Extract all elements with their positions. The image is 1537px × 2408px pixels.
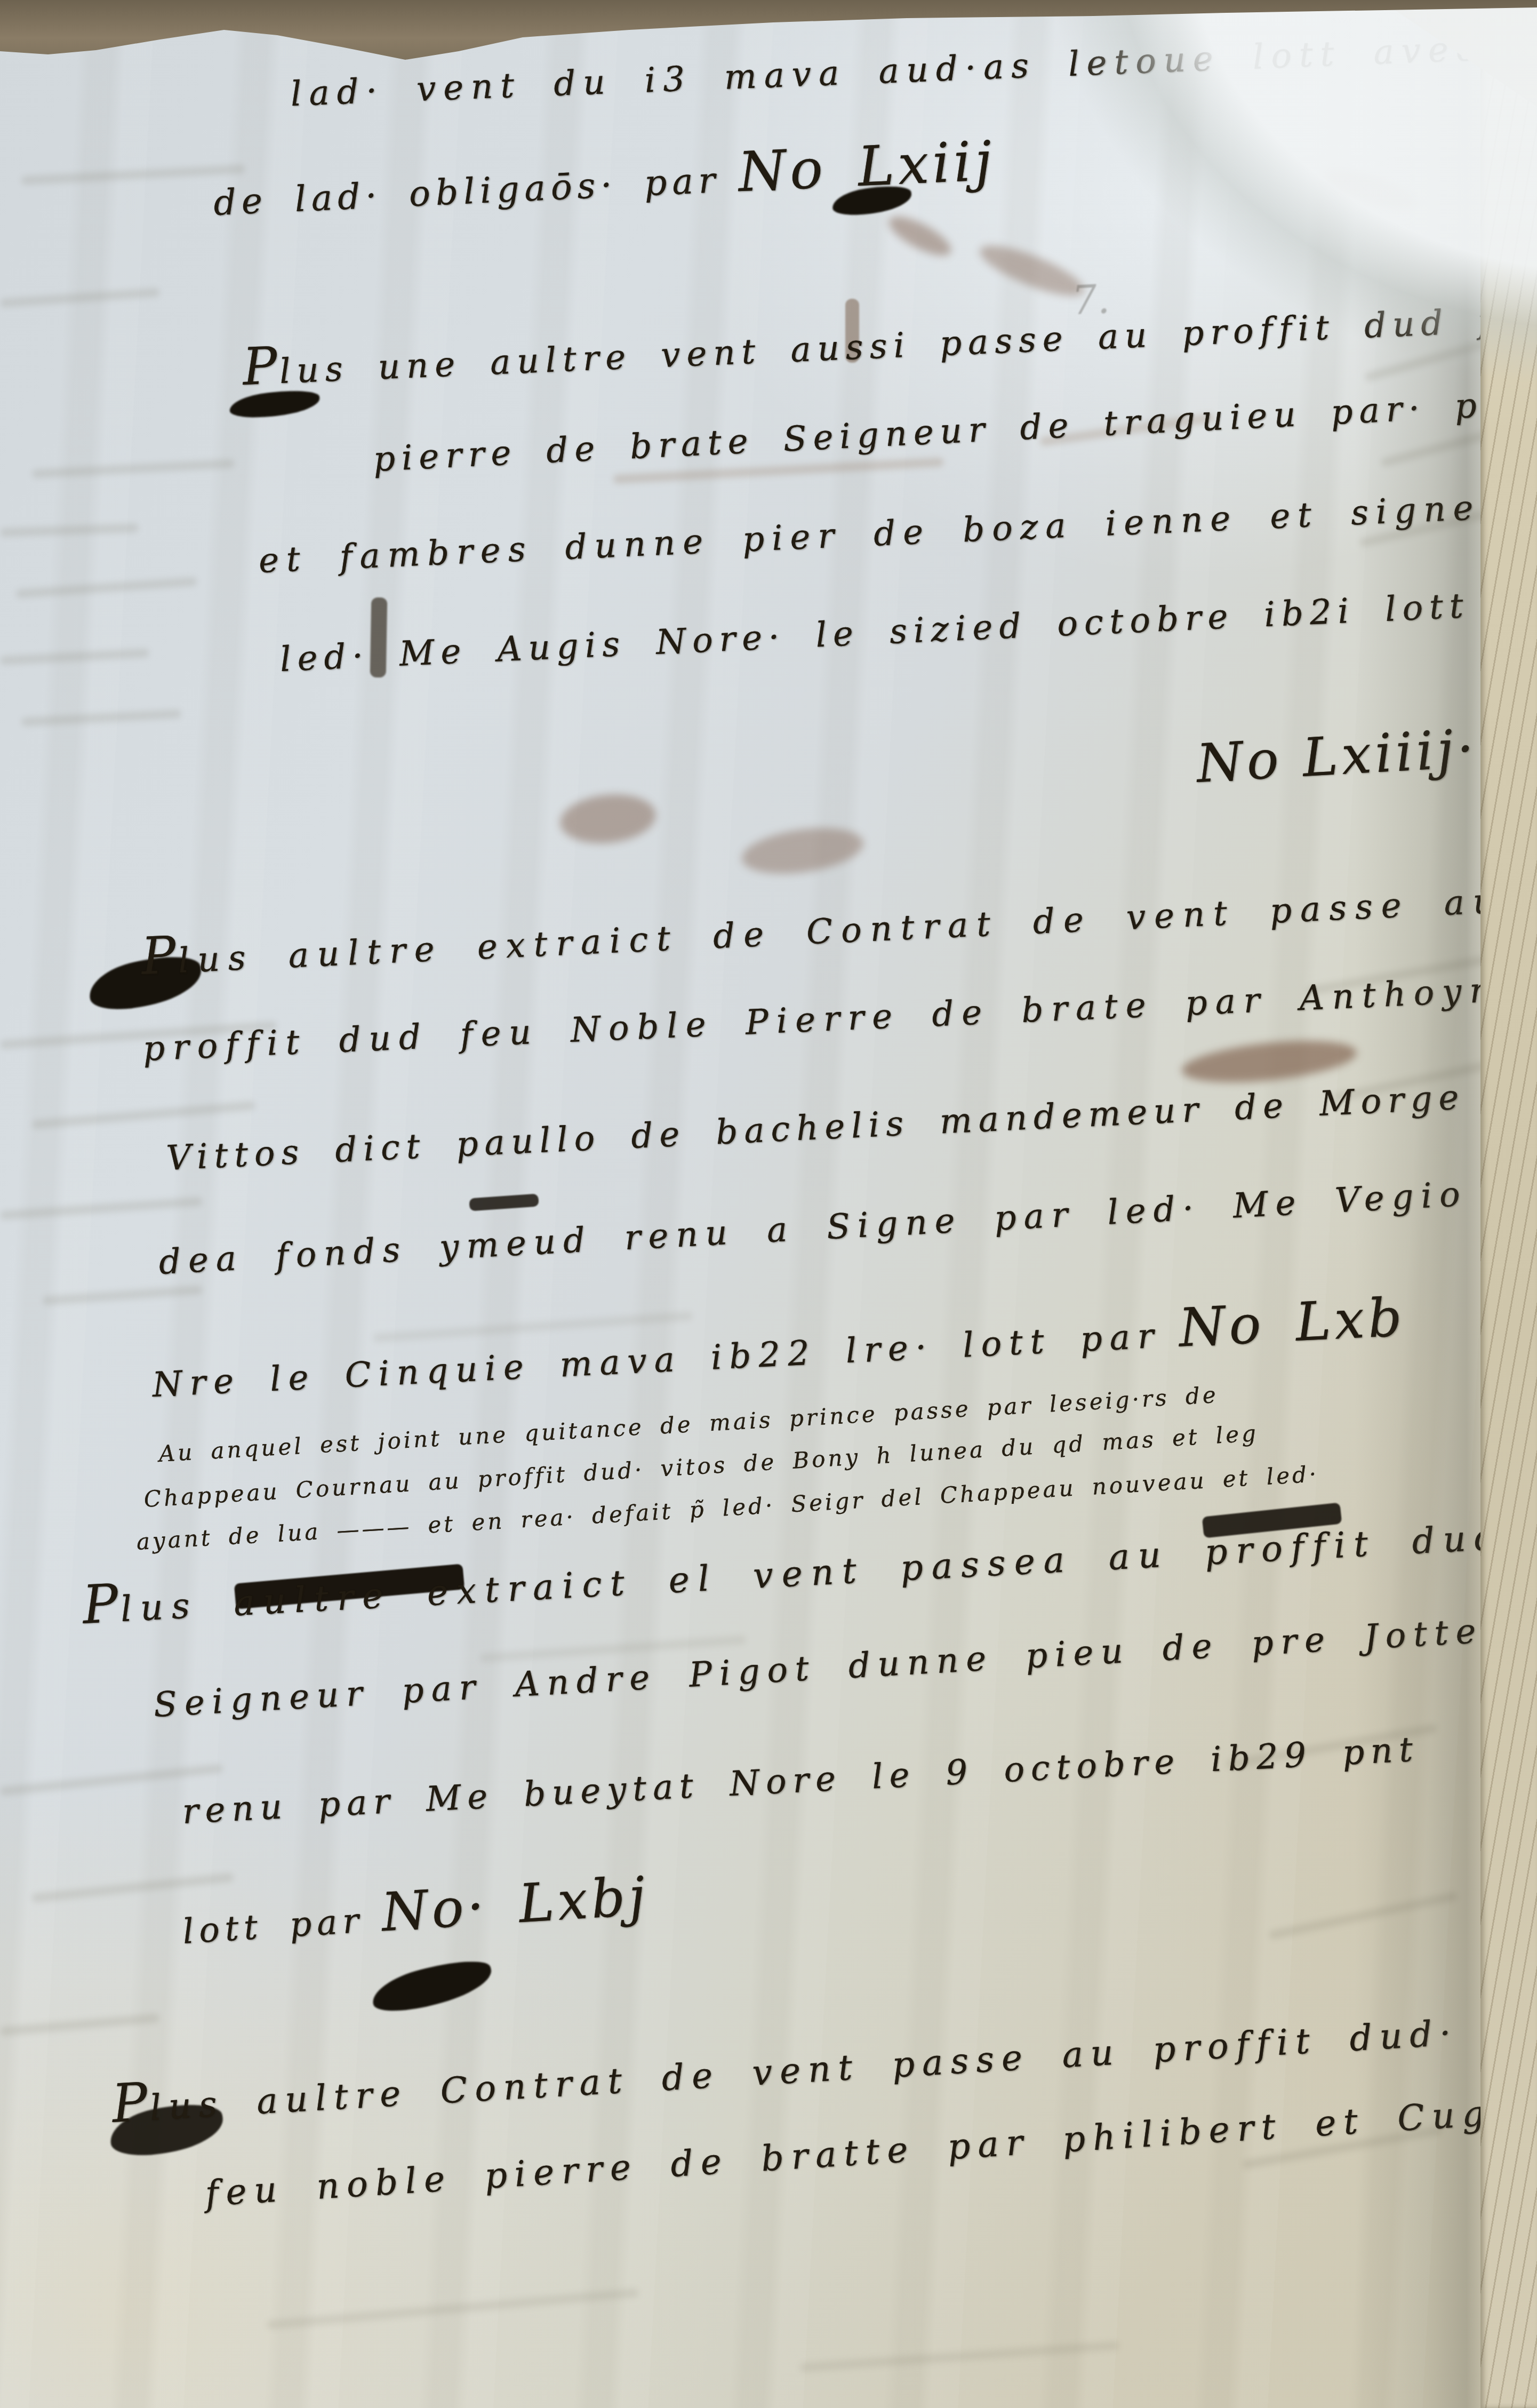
rust-smudge bbox=[1321, 162, 1421, 217]
bleedthrough-stroke bbox=[0, 648, 149, 665]
line-text: de lad· obligaōs· par bbox=[213, 160, 722, 224]
connecting-dash bbox=[469, 1193, 539, 1211]
manuscript-line: dea fonds ymeud renu a Signe par led· Me… bbox=[158, 1177, 1468, 1279]
ink-blot bbox=[368, 1953, 496, 2019]
bleedthrough-stroke bbox=[0, 2013, 160, 2036]
line-text: Nre le Cinquie mava ib22 lre· lott par bbox=[151, 1317, 1162, 1405]
line-text: Vittos dict paullo de bachelis mandemeur… bbox=[165, 1078, 1466, 1178]
entry-numeral: No Lxb bbox=[1178, 1287, 1407, 1359]
bleedthrough-stroke bbox=[0, 1764, 223, 1796]
bleedthrough-stroke bbox=[1268, 1891, 1458, 1940]
manuscript-line: Seigneur par Andre Pigot dunne pieu de p… bbox=[153, 1611, 1537, 1723]
manuscript-line: renu par Me bueytat Nore le 9 octobre ib… bbox=[181, 1733, 1420, 1829]
line-text: Plus aultre extraict de Contrat de vent … bbox=[141, 881, 1504, 983]
rust-smudge bbox=[739, 821, 867, 880]
bleedthrough-stroke bbox=[0, 523, 139, 537]
rust-smudge bbox=[884, 209, 956, 263]
bleedthrough-stroke bbox=[799, 2341, 1119, 2372]
bleedthrough-stroke bbox=[266, 2288, 639, 2330]
bleedthrough-stroke bbox=[31, 1101, 255, 1129]
line-text: led· Me Augis Nore· le sizied octobre ib… bbox=[279, 581, 1537, 680]
line-text: Plus une aultre vent aussi passe au prof… bbox=[242, 296, 1537, 393]
manuscript-line: Vittos dict paullo de bachelis mandemeur… bbox=[165, 1080, 1466, 1176]
rust-smudge bbox=[558, 790, 658, 848]
line-text: lott par bbox=[181, 1901, 365, 1952]
bleedthrough-stroke bbox=[42, 1285, 202, 1305]
manuscript-line: led· Me Augis Nore· le sizied octobre ib… bbox=[279, 584, 1537, 677]
line-text: renu par Me bueytat Nore le 9 octobre ib… bbox=[181, 1730, 1420, 1832]
entry-numeral: No· Lxbj bbox=[380, 1865, 651, 1943]
manuscript-line: lott parNo· Lxbj bbox=[181, 1870, 651, 1952]
manuscript-line: Plus une aultre vent aussi passe au prof… bbox=[242, 283, 1537, 393]
bleedthrough-stroke bbox=[15, 577, 197, 599]
line-text: pierre de brate Seigneur de traguieu par… bbox=[372, 375, 1537, 480]
bleedthrough-stroke bbox=[21, 709, 181, 727]
bleedthrough-stroke bbox=[32, 459, 235, 479]
manuscript-line: Nre le Cinquie mava ib22 lre· lott parNo… bbox=[151, 1291, 1407, 1405]
manuscript-page: 7. lad· vent du i3 mava aud·as letoue lo… bbox=[0, 0, 1537, 2408]
manuscript-line: et fambres dunne pier de boza ienne et s… bbox=[258, 487, 1537, 578]
bleedthrough-stroke bbox=[0, 288, 160, 308]
bleedthrough-stroke bbox=[21, 164, 245, 185]
manuscript-line: pierre de brate Seigneur de traguieu par… bbox=[372, 378, 1537, 477]
manuscript-line: Plus aultre extraict de Contrat de vent … bbox=[140, 869, 1504, 982]
entry-numeral: No Lxiiij· bbox=[1195, 718, 1479, 795]
line-text: et fambres dunne pier de boza ienne et s… bbox=[258, 484, 1537, 581]
bleedthrough-stroke bbox=[0, 1197, 203, 1220]
line-text: dea fonds ymeud renu a Signe par led· Me… bbox=[158, 1174, 1468, 1282]
rust-smudge bbox=[1180, 1034, 1359, 1089]
book-fore-edge bbox=[1480, 0, 1537, 2408]
line-text: Seigneur par Andre Pigot dunne pieu de p… bbox=[153, 1608, 1537, 1725]
entry-numeral: No Lxiij bbox=[737, 129, 997, 204]
manuscript-line: No Lxiiij· bbox=[1177, 722, 1479, 792]
